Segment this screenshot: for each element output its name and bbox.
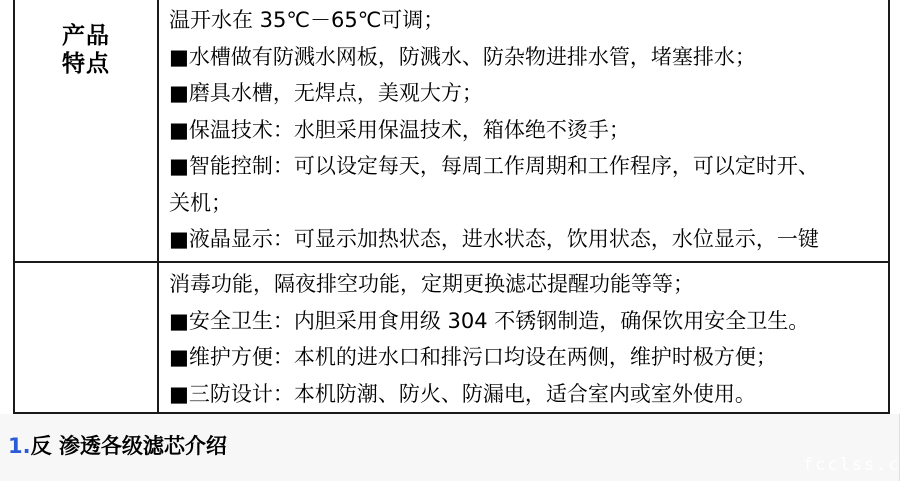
feature-line: 关机； bbox=[169, 185, 882, 222]
section-title: 反 渗透各级滤芯介绍 bbox=[31, 434, 227, 458]
header-label-line: 产品 bbox=[62, 22, 110, 50]
feature-line: ■磨具水槽，无焊点，美观大方； bbox=[169, 75, 882, 112]
document-page: 产品 特点 温开水在 35℃－65℃可调； ■水槽做有防溅水网板，防溅水、防杂物… bbox=[0, 0, 900, 481]
feature-line: ■三防设计：本机防潮、防火、防漏电，适合室内或室外使用。 bbox=[169, 376, 882, 413]
product-features-table: 产品 特点 温开水在 35℃－65℃可调； ■水槽做有防溅水网板，防溅水、防杂物… bbox=[13, 0, 890, 414]
feature-line: 消毒功能，隔夜排空功能，定期更换滤芯提醒功能等等； bbox=[169, 266, 882, 303]
feature-line: 温开水在 35℃－65℃可调； bbox=[169, 2, 882, 39]
section-number: 1. bbox=[8, 434, 31, 458]
table-header-cell-empty bbox=[15, 263, 159, 412]
table-content-cell-row2: 消毒功能，隔夜排空功能，定期更换滤芯提醒功能等等； ■安全卫生：内胆采用食用级 … bbox=[159, 263, 888, 412]
feature-line: ■智能控制：可以设定每天，每周工作周期和工作程序，可以定时开、 bbox=[169, 148, 882, 185]
table-header-cell-product-features: 产品 特点 bbox=[15, 0, 159, 263]
footer-section: 1.反 渗透各级滤芯介绍 fcclss.co bbox=[0, 414, 900, 481]
feature-line: ■液晶显示：可显示加热状态，进水状态，饮用状态，水位显示，一键 bbox=[169, 221, 882, 258]
feature-line: ■水槽做有防溅水网板，防溅水、防杂物进排水管，堵塞排水； bbox=[169, 39, 882, 76]
feature-line: ■维护方便：本机的进水口和排污口均设在两侧，维护时极方便； bbox=[169, 339, 882, 376]
table-content-cell-row1: 温开水在 35℃－65℃可调； ■水槽做有防溅水网板，防溅水、防杂物进排水管，堵… bbox=[159, 0, 888, 263]
header-label-line: 特点 bbox=[62, 50, 110, 78]
feature-line: ■保温技术：水胆采用保温技术，箱体绝不烫手； bbox=[169, 112, 882, 149]
feature-line: ■安全卫生：内胆采用食用级 304 不锈钢制造，确保饮用安全卫生。 bbox=[169, 303, 882, 340]
watermark-text: fcclss.co bbox=[803, 455, 900, 475]
section-heading: 1.反 渗透各级滤芯介绍 bbox=[8, 430, 227, 460]
